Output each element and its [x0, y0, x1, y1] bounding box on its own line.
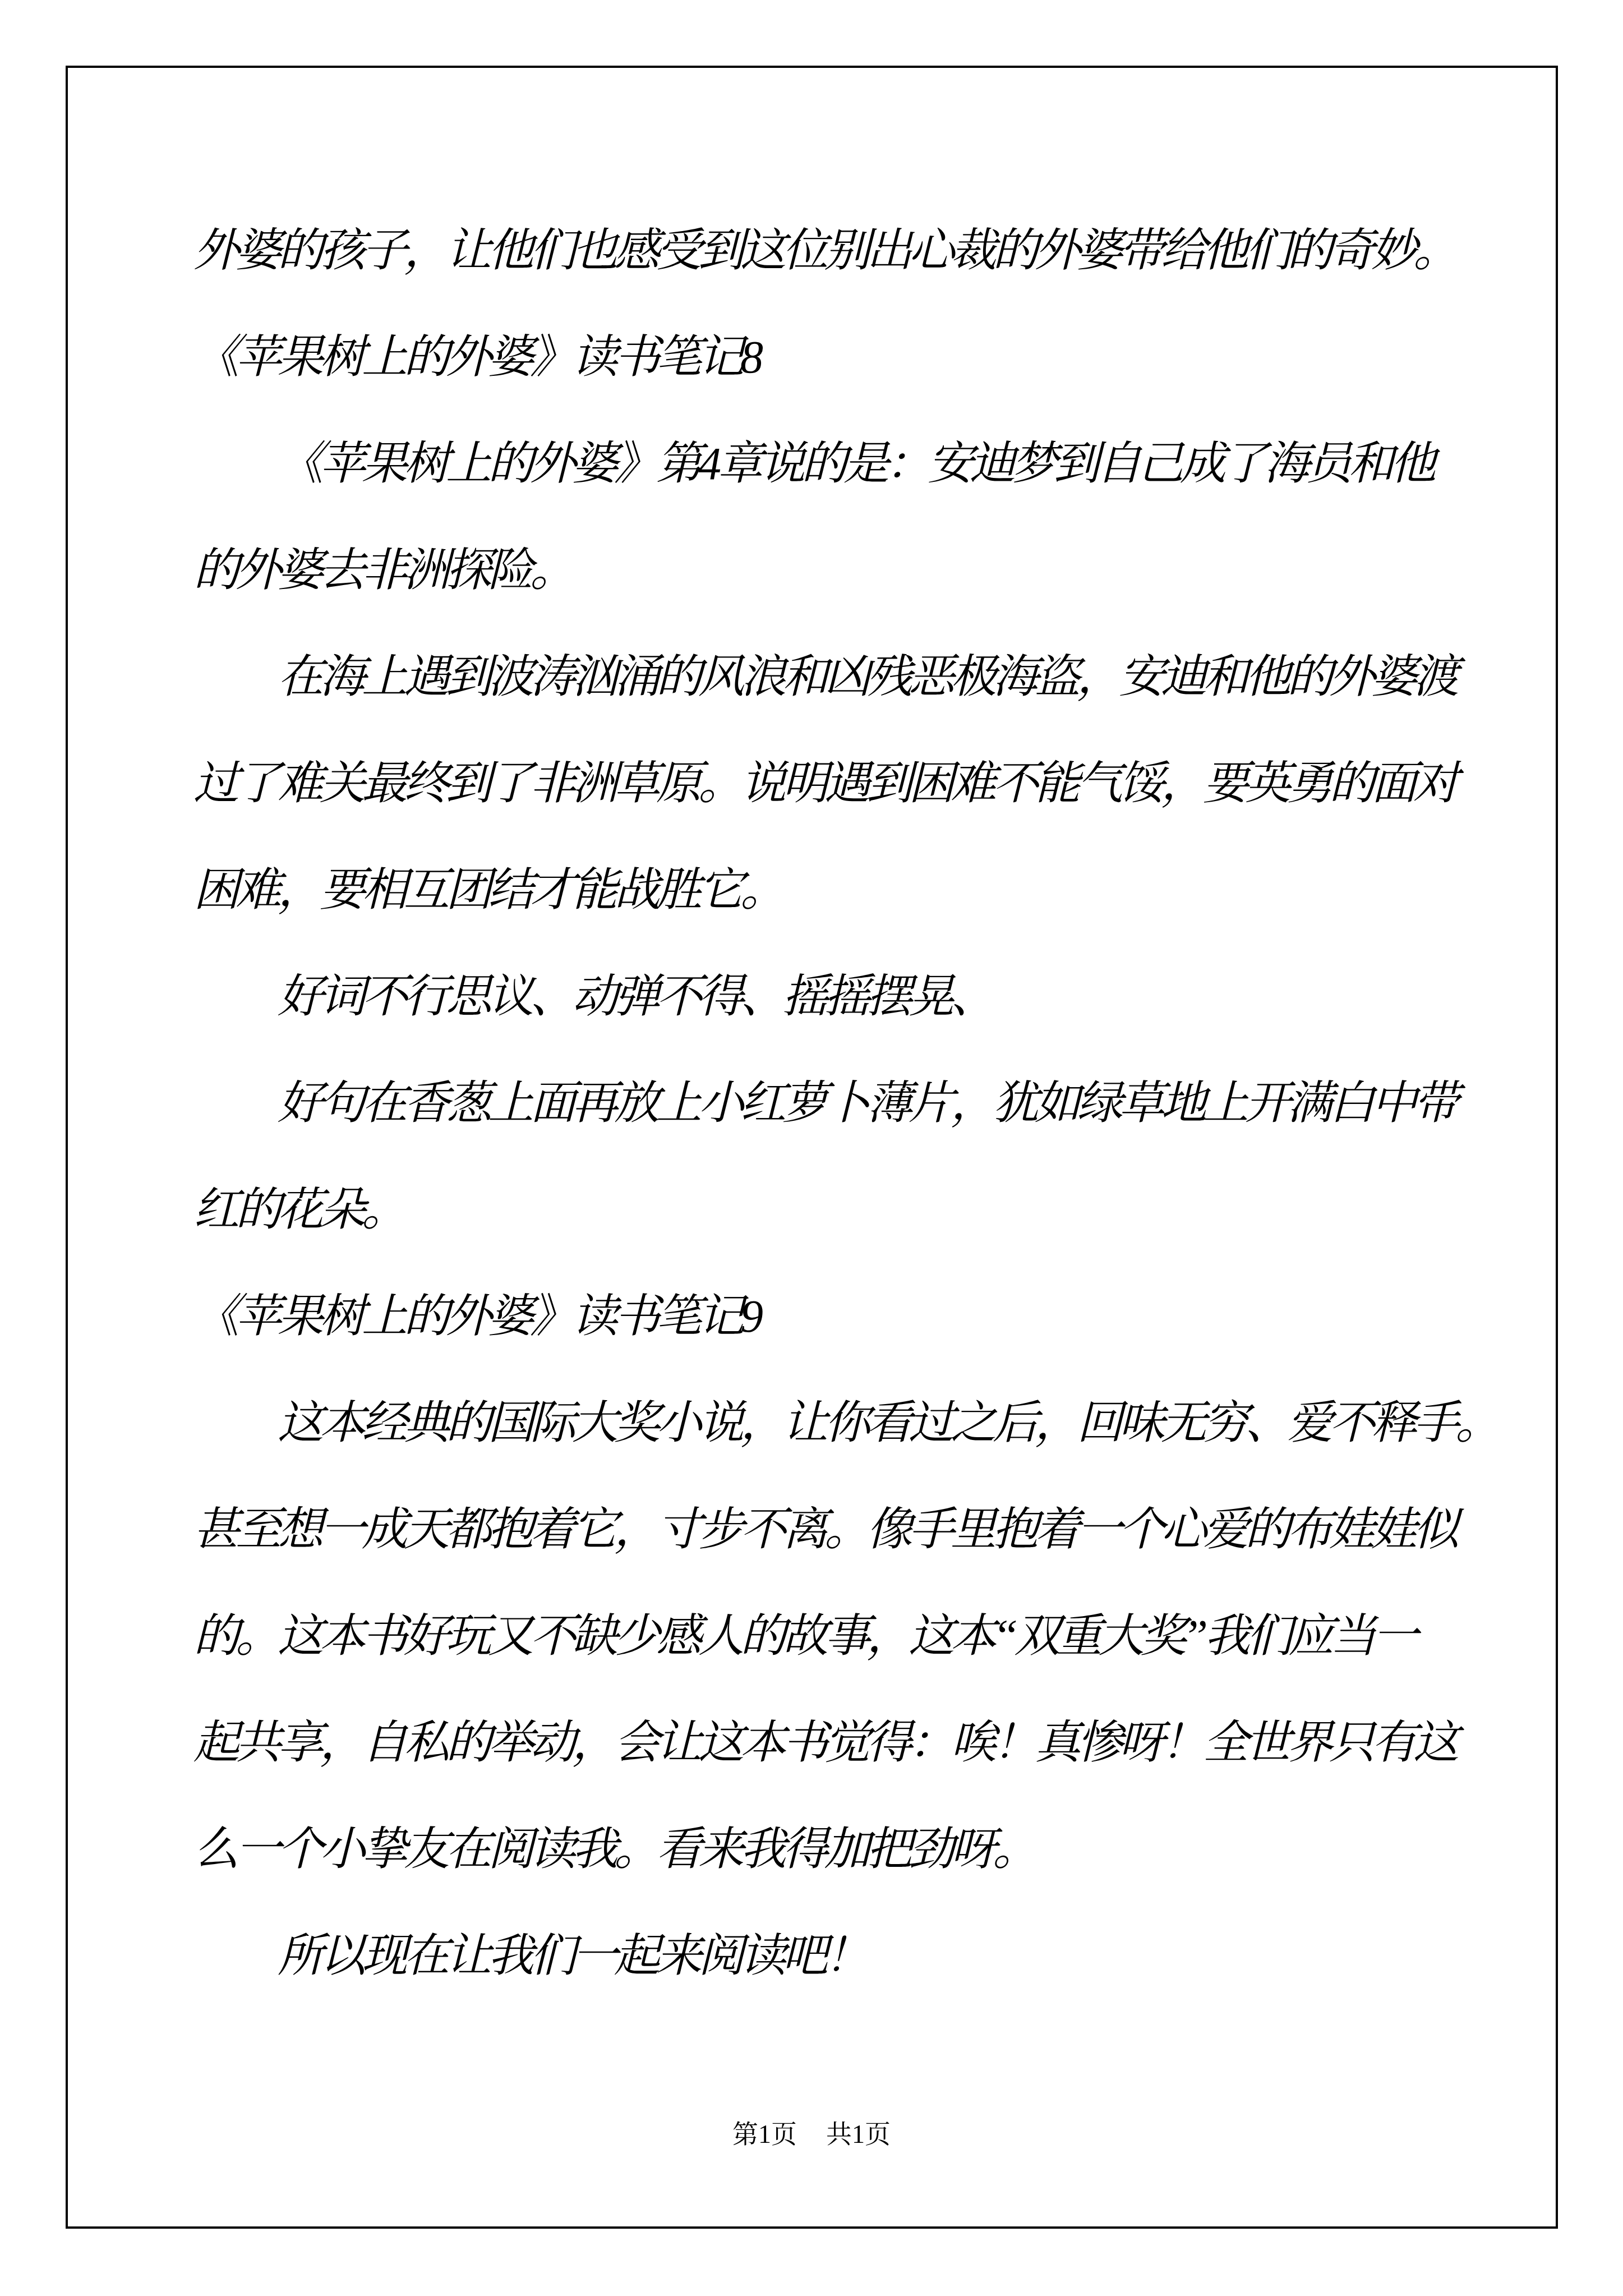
text-line: 甚至想一成天都抱着它，寸步不离。像手里抱着一个心爱的布娃娃似: [193, 1476, 1500, 1583]
section-heading: 《苹果树上的外婆》读书笔记8: [193, 304, 1500, 411]
text-line: 《苹果树上的外婆》第4章说的是：安迪梦到自己成了海员和他: [193, 411, 1500, 517]
text-line: 好词不行思议、动弹不得、摇摇摆晃、: [193, 944, 1500, 1050]
text-line: 这本经典的国际大奖小说，让你看过之后，回味无穷、爱不释手。: [193, 1370, 1500, 1476]
text-line: 所以现在让我们一起来阅读吧！: [193, 1903, 1500, 2009]
text-line: 过了难关最终到了非洲草原。说明遇到困难不能气馁，要英勇的面对: [193, 730, 1500, 837]
text-line: 的外婆去非洲探险。: [193, 517, 1500, 624]
text-line: 么一个小挚友在阅读我。看来我得加把劲呀。: [193, 1796, 1500, 1903]
text-line: 好句在香葱上面再放上小红萝卜薄片，犹如绿草地上开满白中带: [193, 1050, 1500, 1157]
text-line: 红的花朵。: [193, 1157, 1500, 1263]
footer-current-page: 第1页: [732, 2120, 797, 2148]
text-line: 在海上遇到波涛汹涌的风浪和凶残恶极海盗，安迪和他的外婆渡: [193, 624, 1500, 730]
page-footer: 第1页共1页: [0, 2118, 1623, 2151]
footer-total-pages: 共1页: [826, 2120, 891, 2148]
document-body: 外婆的孩子，让他们也感受到这位别出心裁的外婆带给他们的奇妙。 《苹果树上的外婆》…: [193, 197, 1500, 2009]
text-line: 起共享，自私的举动，会让这本书觉得：唉！真惨呀！全世界只有这: [193, 1690, 1500, 1796]
section-heading: 《苹果树上的外婆》读书笔记9: [193, 1263, 1500, 1370]
document-page: 外婆的孩子，让他们也感受到这位别出心裁的外婆带给他们的奇妙。 《苹果树上的外婆》…: [0, 0, 1623, 2296]
text-line: 外婆的孩子，让他们也感受到这位别出心裁的外婆带给他们的奇妙。: [193, 197, 1500, 304]
text-line: 困难，要相互团结才能战胜它。: [193, 837, 1500, 944]
text-line: 的。这本书好玩又不缺少感人的故事，这本“双重大奖”我们应当一: [193, 1583, 1500, 1690]
